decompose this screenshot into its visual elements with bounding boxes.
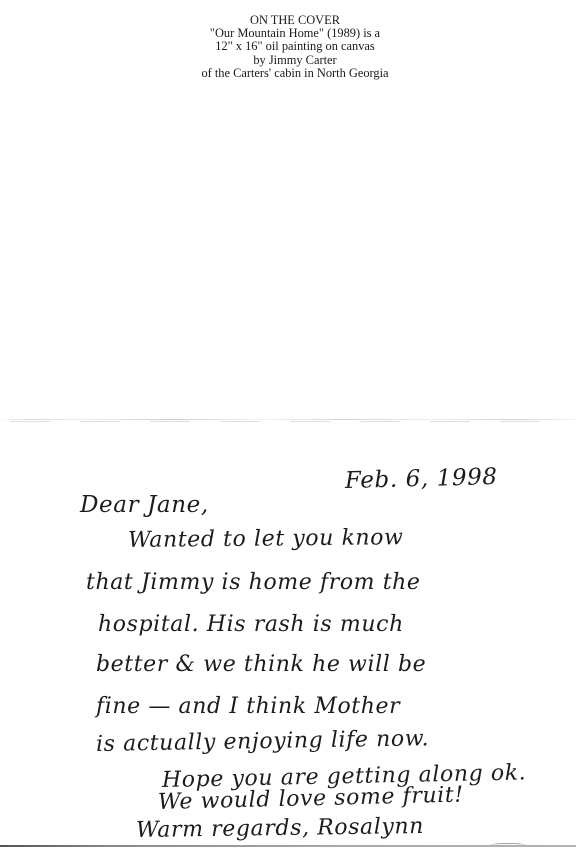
fold-crease (0, 417, 576, 423)
crease-shadow (10, 421, 546, 422)
cover-note-line: by Jimmy Carter (0, 54, 576, 67)
letter-date: Feb. 6, 1998 (345, 464, 498, 494)
cover-note-line: 12" x 16" oil painting on canvas (0, 40, 576, 53)
crease-line (0, 419, 576, 420)
cover-note-line: of the Carters' cabin in North Georgia (0, 67, 576, 80)
letter-line: Wanted to let you know (128, 525, 404, 553)
letter-line: is actually enjoying life now. (96, 726, 430, 757)
letter-salutation: Dear Jane, (80, 492, 209, 518)
letter-line: better & we think he will be (96, 652, 426, 677)
letter-line: fine — and I think Mother (96, 694, 400, 719)
paper-edge-wrinkle (490, 843, 526, 847)
card-page: ON THE COVER "Our Mountain Home" (1989) … (0, 0, 576, 845)
letter-line: hospital. His rash is much (98, 612, 404, 637)
letter-closing: Warm regards, Rosalynn (136, 814, 424, 843)
cover-note: ON THE COVER "Our Mountain Home" (1989) … (0, 14, 576, 80)
letter-line: that Jimmy is home from the (86, 570, 421, 595)
